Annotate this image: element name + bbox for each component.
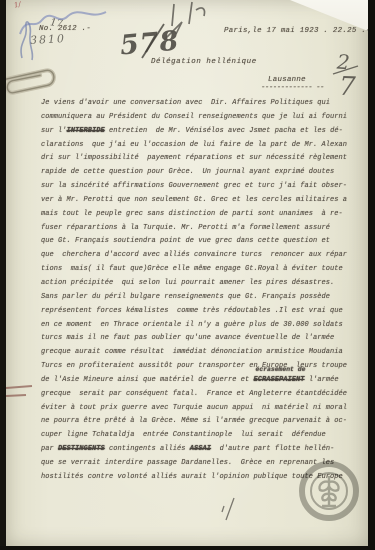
typed-text: fuser réparartions à la Turquie. Mr. Per… xyxy=(41,224,330,232)
typed-text: ne pourra être prêté à la Grèce. Même si… xyxy=(41,417,347,425)
typed-text: en ce moment en Thrace orientale il n'y … xyxy=(41,321,343,329)
typewritten-line: ne pourra être prêté à la Grèce. Même si… xyxy=(41,415,359,429)
recipient-organization: Délégation hellénique xyxy=(151,58,257,66)
scan-edge-bottom xyxy=(0,546,375,550)
typed-text: que se verrait interdire passage Dardane… xyxy=(41,459,334,467)
typed-text: Je viens d'avoir une conversation avec D… xyxy=(41,99,330,107)
typed-text: par xyxy=(41,445,58,453)
scanned-telegram-page: No. 2612 .- Paris,le 17 mai 1923 . 22.25… xyxy=(6,0,368,546)
typewritten-line: grecque serait par conséquent fatal. Fra… xyxy=(41,388,359,402)
struck-out-word: ECRASEPAIENTécrasement de xyxy=(254,376,305,384)
interline-correction: écrasement de xyxy=(256,363,306,377)
typewritten-line: en ce moment en Thrace orientale il n'y … xyxy=(41,319,359,333)
typed-text: sur la sincérité affirmations Gouverneme… xyxy=(41,182,347,190)
typed-text: sur l' xyxy=(41,127,67,135)
typewritten-line: Je viens d'avoir une conversation avec D… xyxy=(41,97,359,111)
typewritten-line: sur la sincérité affirmations Gouverneme… xyxy=(41,180,359,194)
typed-text: que Gt. Français soutiendra point de vue… xyxy=(41,237,330,245)
typed-text: entretien de Mr. Vénisélos avec Jsmet pa… xyxy=(105,127,343,135)
typed-text: rapide de cette question pour Grèce. Un … xyxy=(41,168,334,176)
fraction-numerator: 2 xyxy=(336,50,350,75)
typewritten-line: éviter à tout prix guerre avec Turquie a… xyxy=(41,402,359,416)
typed-text: action précipitée qui selon lui pourrait… xyxy=(41,279,334,287)
typed-text: contingents alliés xyxy=(105,445,190,453)
typewritten-line: communiquera au Président du Conseil ren… xyxy=(41,111,359,125)
struck-out-word: DESTINGENTS xyxy=(58,445,105,453)
typed-text: représentent forces kémalistes comme trè… xyxy=(41,307,343,315)
typewritten-line: sur l'INTERBIDE entretien de Mr. Vénisél… xyxy=(41,125,359,139)
registry-number-pencil: 3810 xyxy=(30,32,67,47)
typewritten-line: de l'Asie Mineure ainsi que matériel de … xyxy=(41,374,359,388)
typewritten-line: clarations que j'ai eu l'occasion de lui… xyxy=(41,139,359,153)
dateline: Paris,le 17 mai 1923 . 22.25 .- xyxy=(224,27,371,35)
typed-text: d'autre part flotte hellén- xyxy=(211,445,334,453)
typed-text: clarations que j'ai eu l'occasion de lui… xyxy=(41,141,347,149)
telegram-body: Je viens d'avoir une conversation avec D… xyxy=(41,97,359,485)
typewritten-line: que cherchera d'accord avec alliés conva… xyxy=(41,249,359,263)
typewritten-line: ver à Mr. Perotti que non seulement Gt. … xyxy=(41,194,359,208)
struck-out-word: INTERBIDE xyxy=(67,127,105,135)
typewritten-line: grecque aurait comme résultat immédiat d… xyxy=(41,346,359,360)
round-archive-stamp xyxy=(298,460,360,522)
typed-text: tions mais( il faut que)Grèce elle même … xyxy=(41,265,343,273)
typed-text: éviter à tout prix guerre avec Turquie a… xyxy=(41,404,347,412)
struck-out-word: ASSAI xyxy=(190,445,211,453)
scan-edge-right xyxy=(368,0,375,550)
typed-text: mais tout le peuple grec sans distinctio… xyxy=(41,210,343,218)
red-crease-dashes xyxy=(6,386,32,396)
typed-text: grecque serait par conséquent fatal. Fra… xyxy=(41,390,347,398)
typed-text: dri sur l'impossibilité payement réparat… xyxy=(41,154,347,162)
stamp-eagle-emblem xyxy=(319,476,338,506)
recipient-city: Lausanne xyxy=(268,76,306,84)
typewritten-line: turcs mais il ne faut pas oublier qu'une… xyxy=(41,332,359,346)
typewritten-line: tions mais( il faut que)Grèce elle même … xyxy=(41,263,359,277)
typewritten-line: par DESTINGENTS contingents alliés ASSAI… xyxy=(41,443,359,457)
typed-text: que cherchera d'accord avec alliés conva… xyxy=(41,251,347,259)
typed-text: de l'Asie Mineure ainsi que matériel de … xyxy=(41,376,254,384)
typewritten-line: représentent forces kémalistes comme trè… xyxy=(41,305,359,319)
red-corner-mark: 1/ xyxy=(13,0,21,9)
typewritten-line: fuser réparartions à la Turquie. Mr. Per… xyxy=(41,222,359,236)
typed-text: turcs mais il ne faut pas oublier qu'une… xyxy=(41,334,334,342)
typed-text: communiquera au Président du Conseil ren… xyxy=(41,113,347,121)
typewritten-line: que Gt. Français soutiendra point de vue… xyxy=(41,235,359,249)
paperclip xyxy=(6,70,55,94)
typewritten-line: cuper ligne Tchataldja entrée Constantin… xyxy=(41,429,359,443)
typewritten-line: action précipitée qui selon lui pourrait… xyxy=(41,277,359,291)
typed-text: ver à Mr. Perotti que non seulement Gt. … xyxy=(41,196,347,204)
typed-text: l'armée xyxy=(305,376,339,384)
pencil-slash-marks xyxy=(222,498,234,520)
pencil-tick-marks xyxy=(172,2,205,26)
typed-text: cuper ligne Tchataldja entrée Constantin… xyxy=(41,431,326,439)
typed-text: Sans parler du péril bulgare renseigneme… xyxy=(41,293,330,301)
city-underline: ------------- -- xyxy=(261,84,324,92)
typewritten-line: rapide de cette question pour Grèce. Un … xyxy=(41,166,359,180)
pencil-overwrite: 17 xyxy=(49,17,63,30)
typed-text: grecque aurait comme résultat immédiat d… xyxy=(41,348,343,356)
typewritten-line: Sans parler du péril bulgare renseigneme… xyxy=(41,291,359,305)
typewritten-line: mais tout le peuple grec sans distinctio… xyxy=(41,208,359,222)
typewritten-line: Turcs en profiteraient aussitôt pour tra… xyxy=(41,360,359,374)
typewritten-line: dri sur l'impossibilité payement réparat… xyxy=(41,152,359,166)
big-pencil-number: 578 xyxy=(119,25,181,61)
